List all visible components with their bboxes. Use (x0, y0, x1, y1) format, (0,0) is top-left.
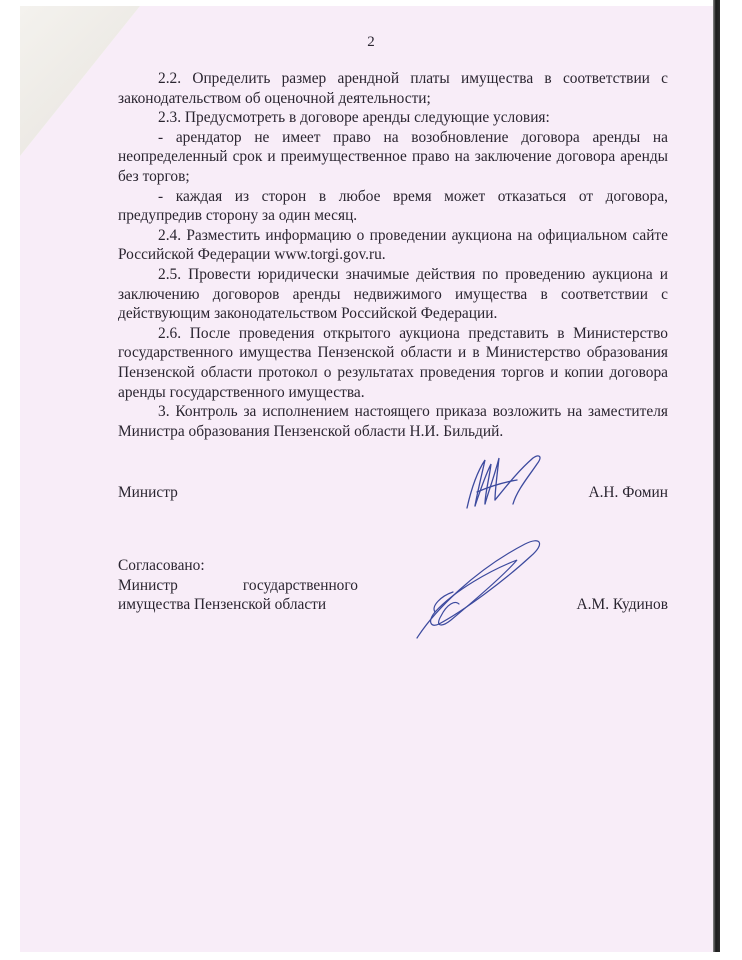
paragraph-3: 3. Контроль за исполнением настоящего пр… (118, 402, 668, 441)
page-number: 2 (0, 34, 742, 51)
approver-title-part-a: Министр (118, 576, 178, 596)
paragraph-condition-2: - каждая из сторон в любое время может о… (118, 187, 668, 226)
approver-title-line-1: Министр государственного (118, 576, 358, 596)
approver-title-part-b: государственного (243, 576, 358, 596)
signatory-name: А.Н. Фомин (588, 483, 668, 503)
signature-kudinov (395, 530, 545, 650)
paragraph-condition-1: - арендатор не имеет право на возобновле… (118, 128, 668, 187)
scanner-edge-shadow (713, 0, 720, 952)
signatory-title: Министр (118, 483, 178, 503)
paragraph-2-2: 2.2. Определить размер арендной платы им… (118, 69, 668, 108)
approval-block: Согласовано: Министр государственного им… (118, 556, 358, 615)
paragraph-2-5: 2.5. Провести юридически значимые действ… (118, 265, 668, 324)
paragraph-2-3: 2.3. Предусмотреть в договоре аренды сле… (118, 108, 668, 128)
approval-label: Согласовано: (118, 556, 358, 576)
approver-name: А.М. Кудинов (577, 595, 668, 615)
signature-fomin (455, 450, 555, 512)
paragraph-2-6: 2.6. После проведения открытого аукциона… (118, 324, 668, 402)
approver-title-line-2: имущества Пензенской области (118, 595, 358, 615)
document-body: 2.2. Определить размер арендной платы им… (118, 69, 668, 441)
paragraph-2-4: 2.4. Разместить информацию о проведении … (118, 226, 668, 265)
